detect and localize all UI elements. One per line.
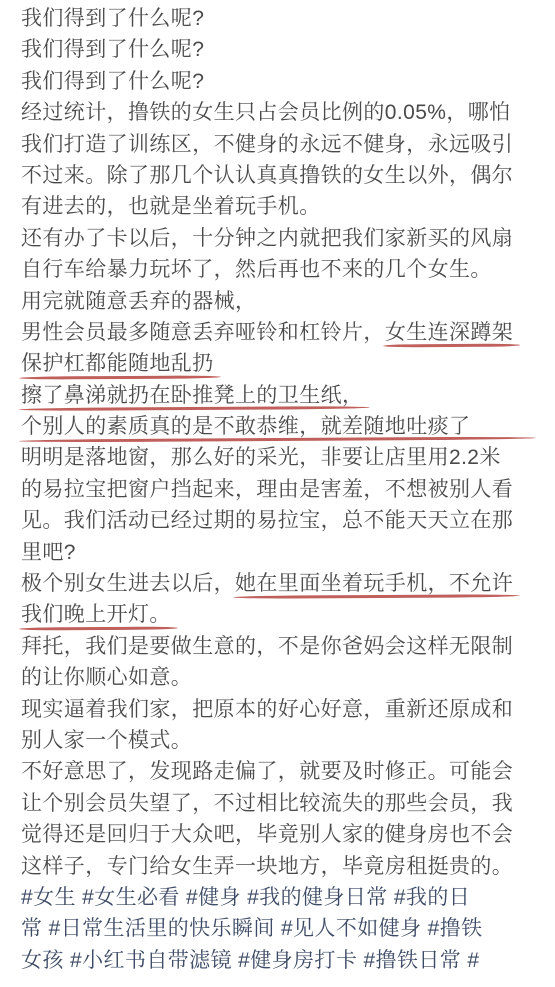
text-line: 我们得到了什么呢? [21,34,541,65]
red-underlined-text: 我们晚上开灯。 [21,603,171,626]
text-line: 这样子，专门给女生弄一块地方，毕竟房租挺贵的。 [21,851,541,882]
text-line: 不好意思了，发现路走偏了，就要及时修正。可能会 [21,756,541,787]
text-segment: 别人家一个模式。 [21,729,192,752]
red-underlined-text: 她在里面坐着玩手机，不允许 [235,572,513,595]
text-segment: 还有办了卡以后，十分钟之内就把我们家新买的风扇 [21,227,513,250]
text-line: 见。我们活动已经过期的易拉宝，总不能天天立在那 [21,505,541,536]
text-segment: 的易拉宝把窗户挡起来，理由是害羞，不想被别人看 [21,478,513,501]
text-segment: 拜托，我们是要做生意的，不是你爸妈会这样无限制 [21,635,513,658]
text-line: 拜托，我们是要做生意的，不是你爸妈会这样无限制 [21,631,541,662]
text-segment: 里吧? [21,541,76,564]
red-underlined-text: 保护杠都能随地乱扔 [21,352,214,375]
text-lines-container: 我们得到了什么呢?我们得到了什么呢?我们得到了什么呢?经过统计，撸铁的女生只占会… [21,3,541,976]
text-segment: 明明是落地窗，那么好的采光，非要让店里用2.2米 [21,446,501,469]
text-segment: 经过统计，撸铁的女生只占会员比例的0.05%，哪怕 [21,101,511,124]
hashtag-line[interactable]: #女生 #女生必看 #健身 #我的健身日常 #我的日 [21,882,541,913]
text-line: 保护杠都能随地乱扔 [21,348,541,379]
text-line: 的让你顺心如意。 [21,662,541,693]
text-line: 我们得到了什么呢? [21,3,541,34]
text-segment: 我们得到了什么呢? [21,70,204,93]
hashtag-line[interactable]: 常 #日常生活里的快乐瞬间 #见人不如健身 #撸铁 [21,913,541,944]
text-line: 自行车给暴力玩坏了，然后再也不来的几个女生。 [21,254,541,285]
hashtag-line[interactable]: 女孩 #小红书自带滤镜 #健身房打卡 #撸铁日常 # [21,945,541,976]
red-underlined-text: 个别人的素质真的是不敢恭维，就差随地吐痰了 [21,415,470,438]
text-line: 擦了鼻涕就扔在卧推凳上的卫生纸， [21,380,541,411]
text-segment: 极个别女生进去以后， [21,572,235,595]
text-segment: 觉得还是回归于大众吧，毕竟别人家的健身房也不会 [21,823,513,846]
text-line: 别人家一个模式。 [21,725,541,756]
text-line: 极个别女生进去以后，她在里面坐着玩手机，不允许 [21,568,541,599]
text-segment: 有进去的，也就是坐着玩手机。 [21,195,321,218]
text-segment: 我们得到了什么呢? [21,38,204,61]
text-segment: 见。我们活动已经过期的易拉宝，总不能天天立在那 [21,509,513,532]
red-underlined-text: 女生连深蹲架 [385,321,513,344]
text-line: 有进去的，也就是坐着玩手机。 [21,191,541,222]
text-line: 现实逼着我们家，把原本的好心好意，重新还原成和 [21,694,541,725]
text-line: 用完就随意丢弃的器械， [21,286,541,317]
text-line: 觉得还是回归于大众吧，毕竟别人家的健身房也不会 [21,819,541,850]
text-line: 还有办了卡以后，十分钟之内就把我们家新买的风扇 [21,223,541,254]
hashtag-text[interactable]: 女孩 #小红书自带滤镜 #健身房打卡 #撸铁日常 # [21,949,479,972]
text-segment: 的让你顺心如意。 [21,666,192,689]
text-segment: 这样子，专门给女生弄一块地方，毕竟房租挺贵的。 [21,855,513,878]
text-line: 明明是落地窗，那么好的采光，非要让店里用2.2米 [21,442,541,473]
post-text-content: 我们得到了什么呢?我们得到了什么呢?我们得到了什么呢?经过统计，撸铁的女生只占会… [0,0,555,976]
text-segment: 男性会员最多随意丢弃哑铃和杠铃片， [21,321,385,344]
hashtag-text[interactable]: #女生 #女生必看 #健身 #我的健身日常 #我的日 [21,886,470,909]
text-line: 不过来。除了那几个认认真真撸铁的女生以外，偶尔 [21,160,541,191]
text-segment: 我们得到了什么呢? [21,7,204,30]
red-underlined-text: 擦了鼻涕就扔在卧推凳上的卫生纸， [21,384,363,407]
text-line: 男性会员最多随意丢弃哑铃和杠铃片，女生连深蹲架 [21,317,541,348]
text-line: 经过统计，撸铁的女生只占会员比例的0.05%，哪怕 [21,97,541,128]
text-line: 我们打造了训练区，不健身的永远不健身，永远吸引 [21,129,541,160]
text-line: 里吧? [21,537,541,568]
text-line: 我们得到了什么呢? [21,66,541,97]
text-segment: 自行车给暴力玩坏了，然后再也不来的几个女生。 [21,258,492,281]
text-line: 的易拉宝把窗户挡起来，理由是害羞，不想被别人看 [21,474,541,505]
text-line: 个别人的素质真的是不敢恭维，就差随地吐痰了 [21,411,541,442]
text-segment: 不好意思了，发现路走偏了，就要及时修正。可能会 [21,760,513,783]
hashtag-text[interactable]: 常 #日常生活里的快乐瞬间 #见人不如健身 #撸铁 [21,917,483,940]
text-segment: 让个别会员失望了，不过相比较流失的那些会员，我 [21,792,513,815]
text-segment: 我们打造了训练区，不健身的永远不健身，永远吸引 [21,133,513,156]
text-segment: 用完就随意丢弃的器械， [21,290,256,313]
text-line: 让个别会员失望了，不过相比较流失的那些会员，我 [21,788,541,819]
text-line: 我们晚上开灯。 [21,599,541,630]
text-segment: 现实逼着我们家，把原本的好心好意，重新还原成和 [21,698,513,721]
text-segment: 不过来。除了那几个认认真真撸铁的女生以外，偶尔 [21,164,513,187]
